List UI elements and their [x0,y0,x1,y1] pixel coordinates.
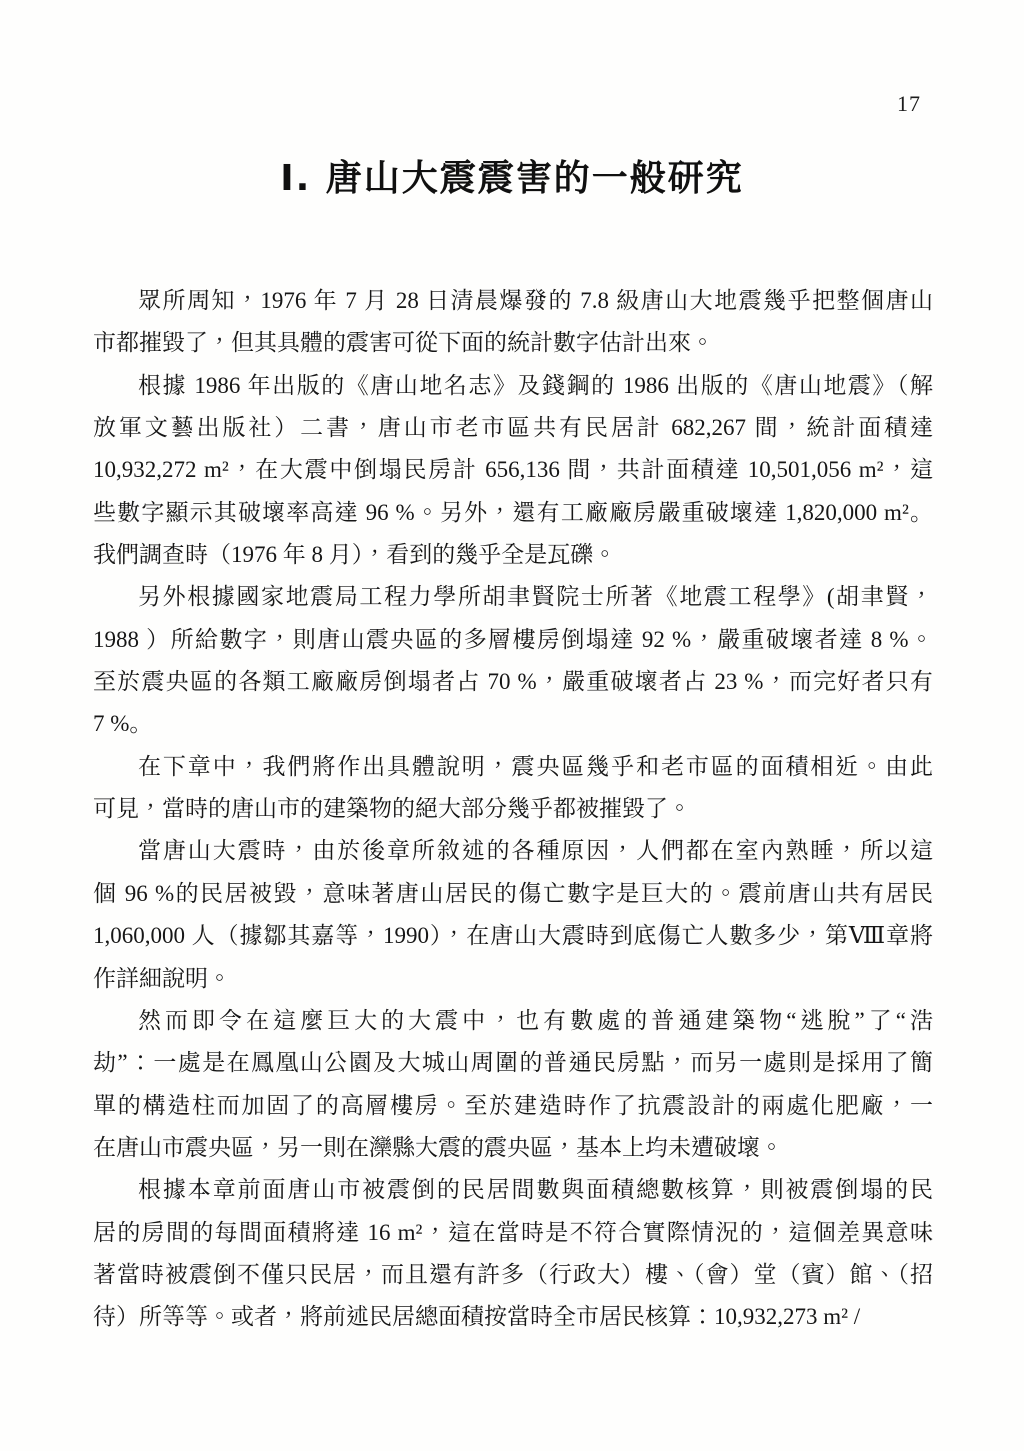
text-line: 當唐山大震時，由於後章所敘述的各種原因，人們都在室內熟睡，所以這 [93,830,933,872]
text-line: 在唐山市震央區，另一則在灤縣大震的震央區，基本上均未遭破壞。 [93,1127,933,1169]
text-line: 作詳細說明。 [93,958,933,1000]
text-line: 7 %。 [93,703,933,745]
text-line: 至於震央區的各類工廠廠房倒塌者占 70 %，嚴重破壞者占 23 %，而完好者只有 [93,661,933,703]
scanned-document-page: 17 Ⅰ. 唐山大震震害的一般研究 眾所周知，1976 年 7 月 28 日清晨… [0,0,1024,1451]
text-line: 可見，當時的唐山市的建築物的絕大部分幾乎都被摧毀了。 [93,788,933,830]
text-line: 另外根據國家地震局工程力學所胡聿賢院士所著《地震工程學》(胡聿賢， [93,576,933,618]
page-number: 17 [897,91,921,117]
text-line: 個 96 %的民居被毀，意味著唐山居民的傷亡數字是巨大的。震前唐山共有居民 [93,873,933,915]
text-line: 根據 1986 年出版的《唐山地名志》及錢鋼的 1986 出版的《唐山地震》（解 [93,365,933,407]
text-line: 1,060,000 人（據鄒其嘉等，1990），在唐山大震時到底傷亡人數多少，第… [93,915,933,957]
text-line: 市都摧毀了，但其具體的震害可從下面的統計數字估計出來。 [93,322,933,364]
text-line: 放軍文藝出版社）二書，唐山市老市區共有民居計 682,267 間，統計面積達 [93,407,933,449]
text-line: 在下章中，我們將作出具體說明，震央區幾乎和老市區的面積相近。由此 [93,746,933,788]
text-line: 根據本章前面唐山市被震倒的民居間數與面積總數核算，則被震倒塌的民 [93,1169,933,1211]
text-line: 我們調查時（1976 年 8 月），看到的幾乎全是瓦礫。 [93,534,933,576]
body-text: 眾所周知，1976 年 7 月 28 日清晨爆發的 7.8 級唐山大地震幾乎把整… [93,280,933,1339]
chapter-title: Ⅰ. 唐山大震震害的一般研究 [0,154,1024,204]
text-line: 然而即令在這麼巨大的大震中，也有數處的普通建築物“逃脫”了“浩 [93,1000,933,1042]
text-line: 眾所周知，1976 年 7 月 28 日清晨爆發的 7.8 級唐山大地震幾乎把整… [93,280,933,322]
text-line: 待）所等等。或者，將前述民居總面積按當時全市居民核算：10,932,273 m²… [93,1296,933,1338]
text-line: 10,932,272 m²，在大震中倒塌民房計 656,136 間，共計面積達 … [93,449,933,491]
text-line: 劫”：一處是在鳳凰山公園及大城山周圍的普通民房點，而另一處則是採用了簡 [93,1042,933,1084]
text-line: 單的構造柱而加固了的高層樓房。至於建造時作了抗震設計的兩處化肥廠，一 [93,1085,933,1127]
text-line: 著當時被震倒不僅只民居，而且還有許多（行政大）樓、（會）堂（賓）館、（招 [93,1254,933,1296]
text-line: 居的房間的每間面積將達 16 m²，這在當時是不符合實際情況的，這個差異意味 [93,1212,933,1254]
text-line: 1988 ）所給數字，則唐山震央區的多層樓房倒塌達 92 %，嚴重破壞者達 8 … [93,619,933,661]
text-line: 些數字顯示其破壞率高達 96 %。另外，還有工廠廠房嚴重破壞達 1,820,00… [93,492,933,534]
